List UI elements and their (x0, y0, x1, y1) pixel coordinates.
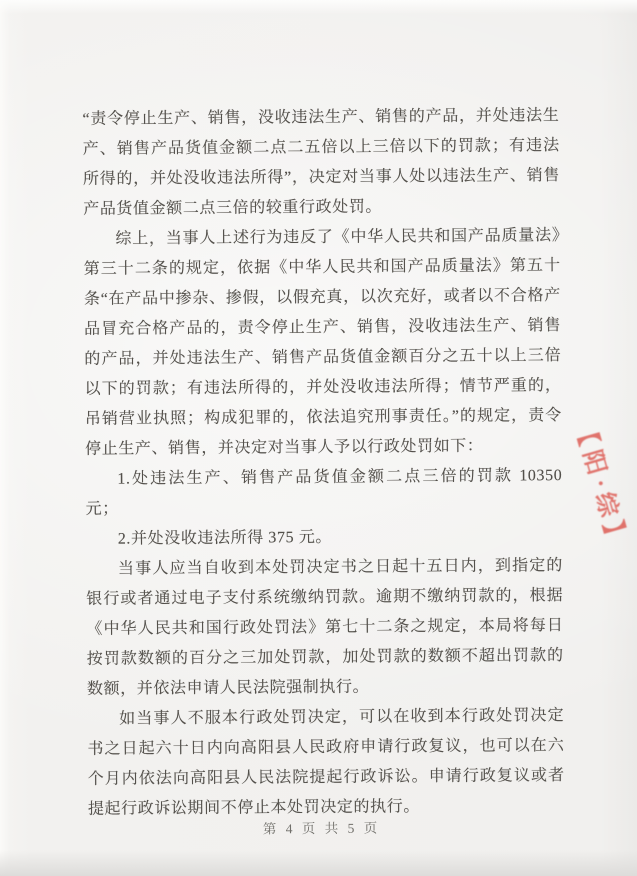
penalty-item-1: 1.处违法生产、销售产品货值金额二点三倍的罚款 10350 元； (85, 461, 562, 525)
page-number: 第 4 页 共 5 页 (3, 814, 637, 839)
penalty-item-2: 2.并处没收违法所得 375 元。 (86, 521, 563, 555)
scan-tilt-wrapper: “责令停止生产、销售，没收违法生产、销售的产品，并处违法生产、销售产品货值金额二… (0, 0, 637, 876)
paragraph-payment-instructions: 当事人应当自收到本处罚决定书之日起十五日内，到指定的银行或者通过电子支付系统缴纳… (86, 551, 564, 705)
document-body: “责令停止生产、销售，没收违法生产、销售的产品，并处违法生产、销售产品货值金额二… (82, 101, 565, 825)
paragraph-appeal-rights: 如当事人不服本行政处罚决定，可以在收到本行政处罚决定书之日起六十日内向高阳县人民… (87, 701, 565, 825)
scanned-document-page: “责令停止生产、销售，没收违法生产、销售的产品，并处违法生产、销售产品货值金额二… (0, 0, 637, 876)
paragraph-quote-continuation: “责令停止生产、销售，没收违法生产、销售的产品，并处违法生产、销售产品货值金额二… (82, 101, 560, 225)
paragraph-legal-basis: 综上，当事人上述行为违反了《中华人民共和国产品质量法》第三十二条的规定，依据《中… (83, 221, 562, 465)
